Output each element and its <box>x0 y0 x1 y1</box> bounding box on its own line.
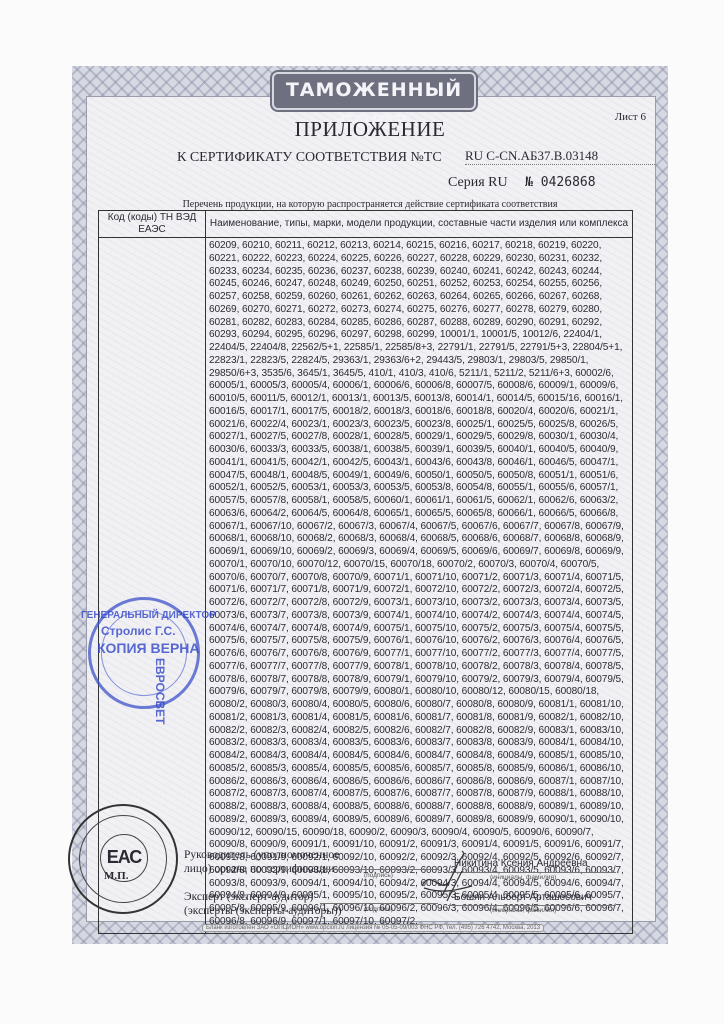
head-label: Руководитель (уполномоченное лицо) орган… <box>184 848 339 876</box>
product-models-cell: 60209, 60210, 60211, 60212, 60213, 60214… <box>206 238 633 934</box>
series-number: № 0426868 <box>525 175 595 190</box>
series-line: Серия RU № 0426868 <box>448 175 596 191</box>
table-caption: Перечень продукции, на которую распростр… <box>72 199 668 210</box>
expert-label-line2: (эксперты (эксперты-аудиторы)) <box>184 904 342 918</box>
copy-certified-stamp: ГЕНЕРАЛЬНЫЙ ДИРЕКТОР Стролис Г.С. КОПИЯ … <box>88 597 200 709</box>
customs-union-banner: ТАМОЖЕННЫЙ СОЮЗ <box>272 72 476 110</box>
head-label-line2: лицо) органа по сертификации <box>184 862 339 876</box>
stamp-director-name: Стролис Г.С. <box>101 624 176 638</box>
certification-body-seal: ЕАС М.П. <box>68 804 178 914</box>
eac-mark-icon: ЕАС <box>101 847 147 867</box>
certificate-number: RU C-CN.АБ37.B.03148 <box>465 148 655 165</box>
certificate-sheet: ТАМОЖЕННЫЙ СОЮЗ Лист 6 ПРИЛОЖЕНИЕ К СЕРТ… <box>72 66 668 944</box>
blank-imprint: Бланк изготовлен ЗАО «ОПЦИОН» www.opcion… <box>202 924 544 932</box>
expert-label-line1: Эксперт (эксперт-аудитор) <box>184 890 342 904</box>
head-initials-caption: (инициалы, фамилия) <box>490 874 556 881</box>
table-row: 60209, 60210, 60211, 60212, 60213, 60214… <box>99 238 633 934</box>
stamp-company: ЕВРОСВЕТ <box>153 658 167 725</box>
col-header-code: Код (коды) ТН ВЭД ЕАЭС <box>99 211 206 238</box>
table-header-row: Код (коды) ТН ВЭД ЕАЭС Наименование, тип… <box>99 211 633 238</box>
head-label-line1: Руководитель (уполномоченное <box>184 848 339 862</box>
seal-mp-label: М.П. <box>104 870 128 882</box>
document-subtitle: К СЕРТИФИКАТУ СООТВЕТСТВИЯ №ТС <box>177 150 442 166</box>
expert-label: Эксперт (эксперт-аудитор) (эксперты (экс… <box>184 890 342 918</box>
expert-signature-caption: (подпись) <box>364 906 393 913</box>
head-signature-caption: (подпись) <box>364 872 393 879</box>
stamp-director-title: ГЕНЕРАЛЬНЫЙ ДИРЕКТОР <box>81 610 216 621</box>
document-title: ПРИЛОЖЕНИЕ <box>72 117 668 142</box>
series-label: Серия RU <box>448 175 508 190</box>
expert-initials-caption: (инициалы, фамилия) <box>490 907 556 914</box>
col-header-name: Наименование, типы, марки, модели продук… <box>206 211 633 238</box>
product-table: Код (коды) ТН ВЭД ЕАЭС Наименование, тип… <box>98 210 633 934</box>
signature-icon <box>412 846 482 906</box>
stamp-copy-true: КОПИЯ ВЕРНА <box>97 640 200 656</box>
